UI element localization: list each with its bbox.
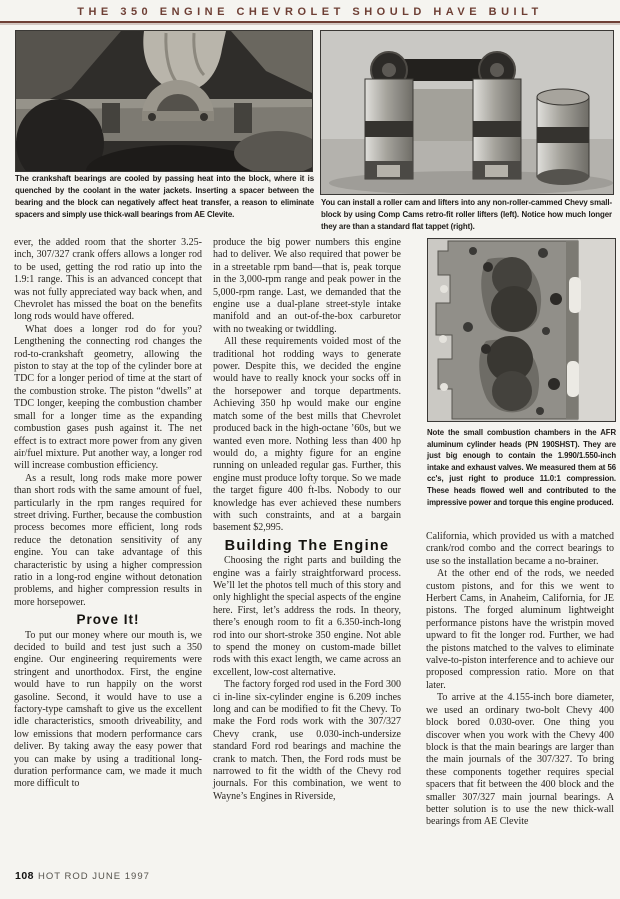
body-paragraph: All these requirements voided most of th… — [213, 336, 401, 535]
body-paragraph: produce the big power numbers this engin… — [213, 237, 401, 336]
article-column-1: ever, the added room that the shorter 3.… — [14, 237, 202, 791]
article-column-3: California, which provided us with a mat… — [426, 531, 614, 829]
roller-lifters-photo — [320, 30, 614, 195]
body-paragraph: At the other end of the rods, we needed … — [426, 568, 614, 692]
heads-photo-caption: Note the small combustion chambers in th… — [427, 427, 616, 508]
body-paragraph: California, which provided us with a mat… — [426, 531, 614, 568]
lifters-photo-illustration — [321, 31, 613, 194]
body-paragraph: To arrive at the 4.155-inch bore diamete… — [426, 692, 614, 828]
body-paragraph: To put our money where our mouth is, we … — [14, 630, 202, 791]
bearing-install-photo — [15, 30, 313, 172]
page-header-title: THE 350 ENGINE CHEVROLET SHOULD HAVE BUI… — [0, 6, 620, 18]
page-footer: 108HOT ROD JUNE 1997 — [15, 870, 150, 882]
bearing-photo-caption: The crankshaft bearings are cooled by pa… — [15, 173, 314, 221]
section-heading-prove-it: Prove It! — [14, 614, 202, 626]
body-paragraph: The factory forged rod used in the Ford … — [213, 679, 401, 803]
page-number: 108 — [15, 870, 34, 882]
article-column-2: produce the big power numbers this engin… — [213, 237, 401, 803]
body-paragraph: ever, the added room that the shorter 3.… — [14, 237, 202, 324]
header-rule — [0, 21, 620, 23]
heads-photo-illustration — [428, 239, 615, 421]
magazine-page: THE 350 ENGINE CHEVROLET SHOULD HAVE BUI… — [0, 0, 620, 899]
body-paragraph: Choosing the right parts and building th… — [213, 555, 401, 679]
bearing-photo-illustration — [16, 31, 312, 171]
cylinder-head-photo — [427, 238, 616, 422]
body-paragraph: As a result, long rods make more power t… — [14, 473, 202, 609]
section-heading-building-the-engine: Building The Engine — [213, 540, 401, 552]
lifters-photo-caption: You can install a roller cam and lifters… — [321, 197, 612, 233]
magazine-title: HOT ROD JUNE 1997 — [38, 871, 150, 882]
body-paragraph: What does a longer rod do for you? Lengt… — [14, 324, 202, 473]
